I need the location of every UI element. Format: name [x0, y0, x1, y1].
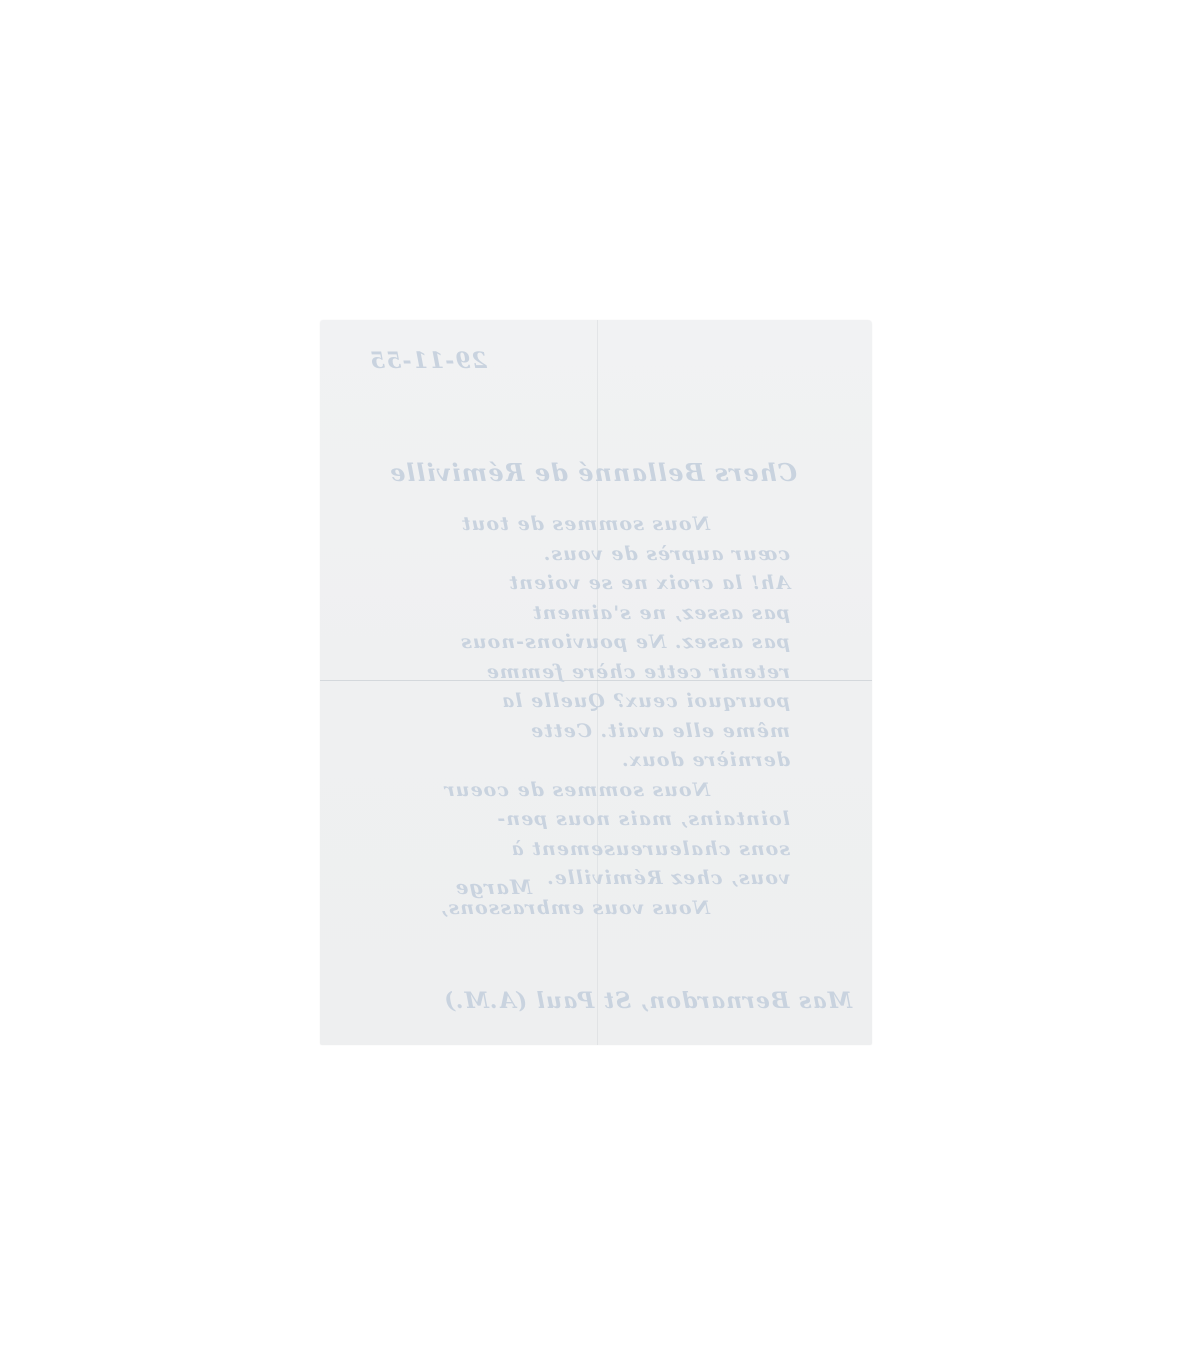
body-line: cœur auprès de vous.	[440, 540, 790, 570]
letter-paper: 29-11-55 Chers Bellanné de Rémiville Nou…	[320, 320, 872, 1045]
letter-signature: Marge	[455, 875, 532, 899]
body-line: pourquoi ceux? Quelle la	[440, 687, 790, 717]
body-line: pas assez, ne s'aiment	[440, 599, 790, 629]
body-line: Nous sommes de coeur	[440, 776, 790, 806]
body-line: dernière doux.	[440, 746, 790, 776]
mirrored-handwriting: 29-11-55 Chers Bellanné de Rémiville Nou…	[320, 320, 872, 1045]
letter-salutation: Chers Bellanné de Rémiville	[389, 458, 797, 487]
body-line: pas assez. Ne pouvions-nous	[440, 628, 790, 658]
letter-date: 29-11-55	[367, 348, 487, 374]
body-line: lointains, mais nous pen-	[440, 805, 790, 835]
body-line: retenir cette chère femme	[440, 658, 790, 688]
body-line: sons chaleureusement à	[440, 835, 790, 865]
body-line: Ah! la croix ne se voient	[440, 569, 790, 599]
body-line: même elle avait. Cette	[440, 717, 790, 747]
body-line: Nous sommes de tout	[440, 510, 790, 540]
letter-address: Mas Bernardon, St Paul (A.M.)	[443, 988, 852, 1014]
letter-body: Nous sommes de tout cœur auprès de vous.…	[440, 510, 790, 923]
